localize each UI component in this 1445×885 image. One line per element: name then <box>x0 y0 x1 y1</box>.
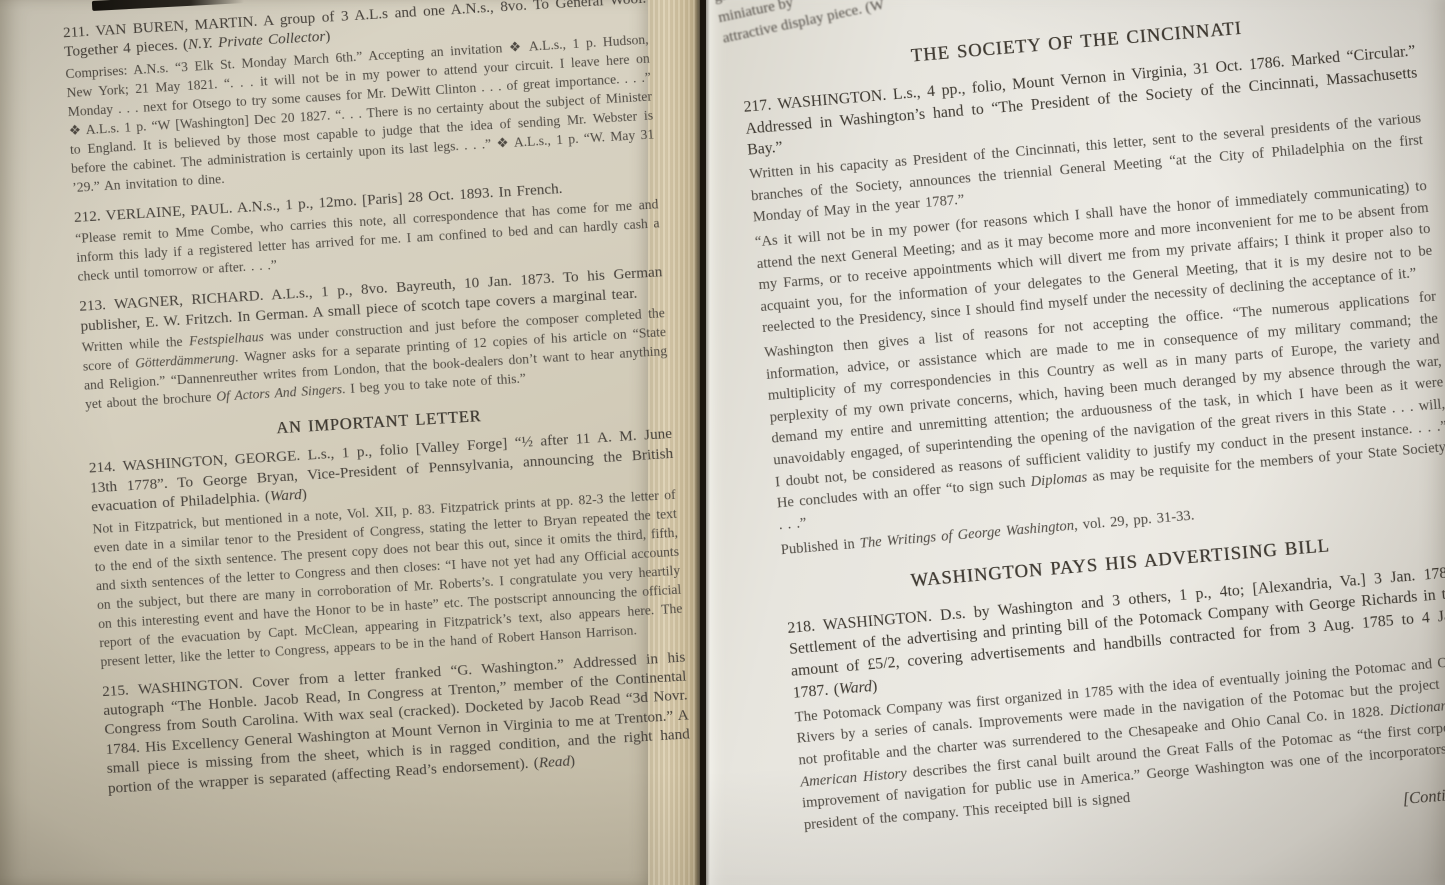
open-book-photo: 211. VAN BUREN, MARTIN. A group of 3 A.L… <box>0 0 1445 885</box>
entry-217-notes: Written in his capacity as President of … <box>749 108 1445 562</box>
catalog-entry-214: 214. WASHINGTON, GEORGE. L.s., 1 p., fol… <box>88 424 684 670</box>
left-page-text: 211. VAN BUREN, MARTIN. A group of 3 A.L… <box>63 0 693 809</box>
entry-215-description: 215. WASHINGTON. Cover from a letter fra… <box>102 647 692 798</box>
catalog-entry-213: 213. WAGNER, RICHARD. A.L.s., 1 p., 8vo.… <box>79 262 669 413</box>
right-page-text-layer: glass miniature by attractive display pi… <box>706 0 1445 885</box>
entry-214-note: Not in Fitzpatrick, but mentioned in a n… <box>92 484 684 670</box>
catalog-entry-215: 215. WASHINGTON. Cover from a letter fra… <box>102 647 692 798</box>
catalog-entry-211: 211. VAN BUREN, MARTIN. A group of 3 A.L… <box>63 0 656 197</box>
catalog-entry-218: 218. WASHINGTON. D.s. by Washington and … <box>787 561 1445 860</box>
catalog-entry-217: 217. WASHINGTON. L.s., 4 pp., folio, Mou… <box>743 40 1445 562</box>
right-page-text: THE SOCIETY OF THE CINCINNATI 217. WASHI… <box>739 0 1445 868</box>
